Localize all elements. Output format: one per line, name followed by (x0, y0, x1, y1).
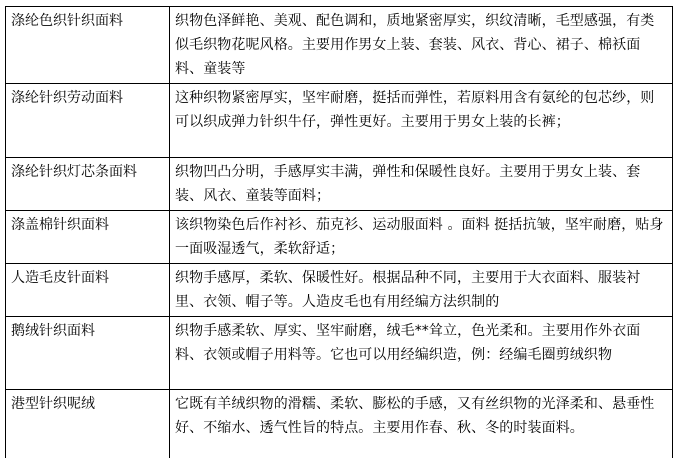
fabric-name: 涤纶针织灯芯条面料 (6, 158, 170, 211)
table-row: 涤盖棉针织面料 该织物染色后作衬衫、茄克衫、运动服面料 。面料 挺括抗皱，坚牢耐… (6, 211, 673, 264)
fabric-description: 织物手感柔软、厚实、坚牢耐磨，绒毛**耸立，色光柔和。主要用作外衣面料、衣领或帽… (170, 317, 673, 390)
table-row: 涤纶色织针织面料 织物色泽鲜艳、美观、配色调和，质地紧密厚实，织纹清晰，毛型感强… (6, 7, 673, 84)
fabric-description: 织物凹凸分明，手感厚实丰满，弹性和保暖性良好。主要用于男女上装、套装、风衣、童装… (170, 158, 673, 211)
fabric-name: 人造毛皮针面料 (6, 264, 170, 317)
fabric-name: 鹅绒针织面料 (6, 317, 170, 390)
fabric-description: 织物手感厚，柔软、保暖性好。根据品种不同，主要用于大衣面料、服装衬里、衣领、帽子… (170, 264, 673, 317)
fabric-name: 涤纶色织针织面料 (6, 7, 170, 84)
fabric-table: 涤纶色织针织面料 织物色泽鲜艳、美观、配色调和，质地紧密厚实，织纹清晰，毛型感强… (5, 6, 673, 458)
fabric-description: 它既有羊绒织物的滑糯、柔软、膨松的手感，又有丝织物的光泽柔和、悬垂性好、不缩水、… (170, 390, 673, 458)
table-row: 鹅绒针织面料 织物手感柔软、厚实、坚牢耐磨，绒毛**耸立，色光柔和。主要用作外衣… (6, 317, 673, 390)
fabric-description: 该织物染色后作衬衫、茄克衫、运动服面料 。面料 挺括抗皱，坚牢耐磨，贴身一面吸湿… (170, 211, 673, 264)
fabric-name: 涤盖棉针织面料 (6, 211, 170, 264)
fabric-description: 这种织物紧密厚实，坚牢耐磨，挺括而弹性，若原料用含有氨纶的包芯纱，则可以织成弹力… (170, 84, 673, 158)
fabric-name: 涤纶针织劳动面料 (6, 84, 170, 158)
table-row: 港型针织呢绒 它既有羊绒织物的滑糯、柔软、膨松的手感，又有丝织物的光泽柔和、悬垂… (6, 390, 673, 458)
table-row: 涤纶针织劳动面料 这种织物紧密厚实，坚牢耐磨，挺括而弹性，若原料用含有氨纶的包芯… (6, 84, 673, 158)
fabric-name: 港型针织呢绒 (6, 390, 170, 458)
table-row: 人造毛皮针面料 织物手感厚，柔软、保暖性好。根据品种不同，主要用于大衣面料、服装… (6, 264, 673, 317)
fabric-description: 织物色泽鲜艳、美观、配色调和，质地紧密厚实，织纹清晰，毛型感强，有类似毛织物花呢… (170, 7, 673, 84)
table-row: 涤纶针织灯芯条面料 织物凹凸分明，手感厚实丰满，弹性和保暖性良好。主要用于男女上… (6, 158, 673, 211)
